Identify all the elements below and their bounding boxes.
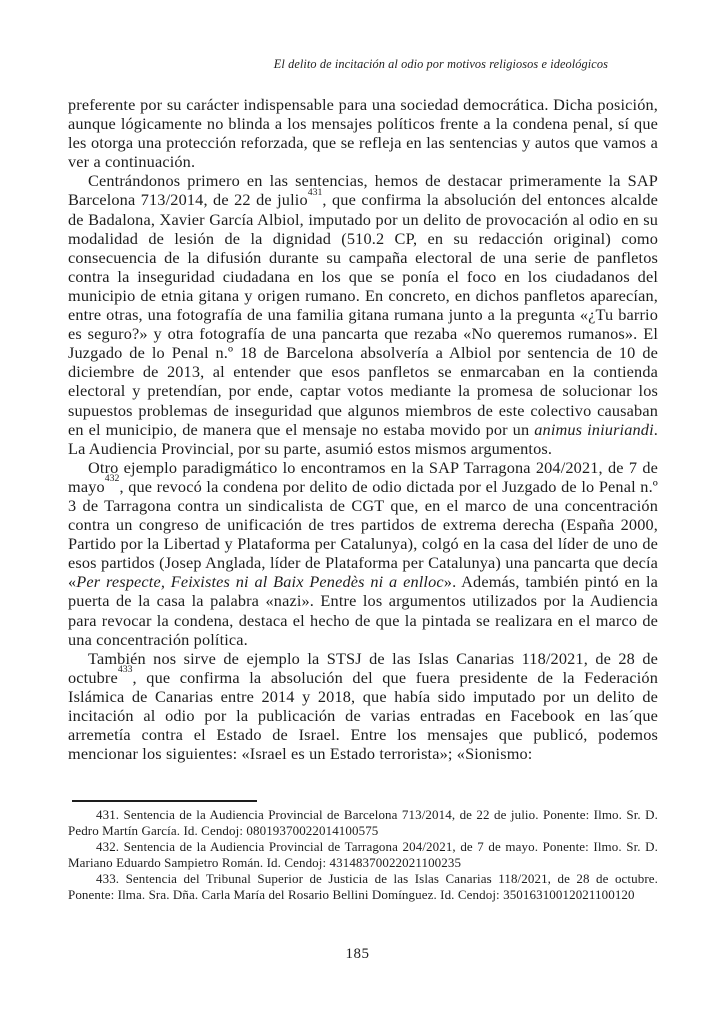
footnote: 432. Sentencia de la Audiencia Provincia… — [68, 839, 658, 871]
paragraph: Centrándonos primero en las sentencias, … — [68, 171, 658, 457]
paragraph: También nos sirve de ejemplo la STSJ de … — [68, 649, 658, 764]
paragraph: preferente por su carácter indispensable… — [68, 95, 658, 171]
paragraph: Otro ejemplo paradigmático lo encontramo… — [68, 458, 658, 649]
footnote-separator — [72, 800, 257, 802]
footnotes: 431. Sentencia de la Audiencia Provincia… — [68, 807, 658, 903]
running-header: El delito de incitación al odio por moti… — [274, 57, 608, 72]
body-text: preferente por su carácter indispensable… — [68, 95, 658, 763]
document-page: El delito de incitación al odio por moti… — [0, 0, 715, 1014]
page-number: 185 — [0, 946, 715, 963]
footnote: 433. Sentencia del Tribunal Superior de … — [68, 871, 658, 903]
footnote: 431. Sentencia de la Audiencia Provincia… — [68, 807, 658, 839]
